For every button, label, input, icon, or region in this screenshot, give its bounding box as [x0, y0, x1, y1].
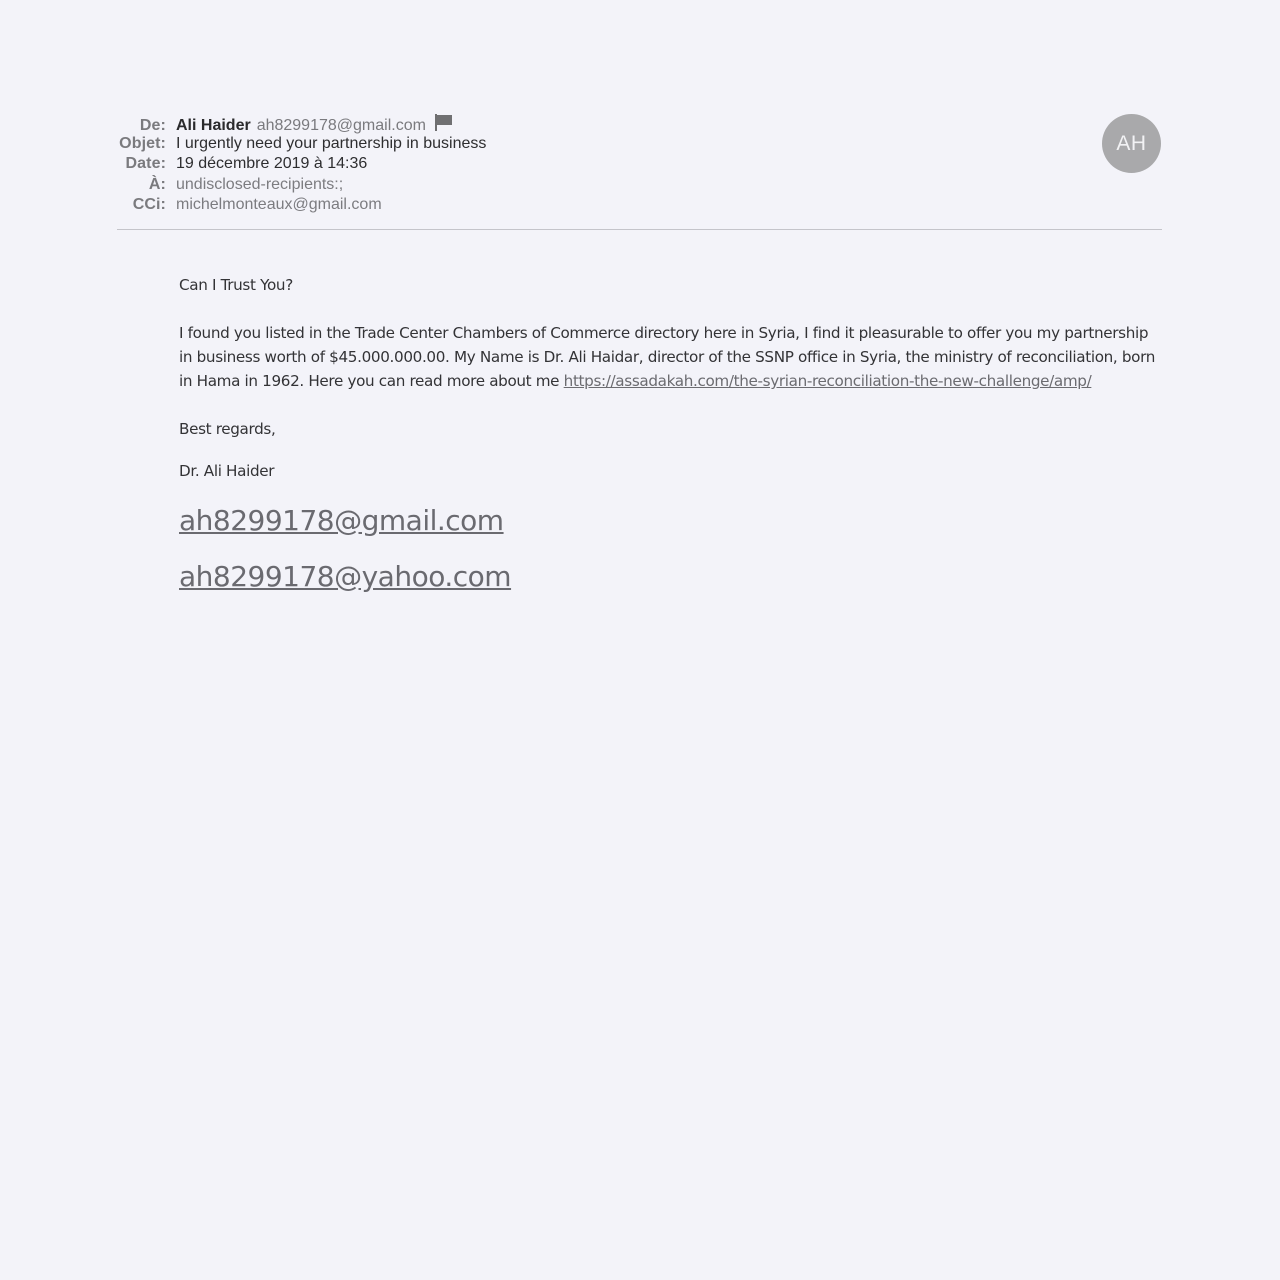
greeting: Can I Trust You? — [179, 273, 1159, 297]
signature-name: Dr. Ali Haider — [179, 459, 1159, 483]
yahoo-contact-link[interactable]: ah8299178@yahoo.com — [179, 549, 1159, 605]
bcc-value[interactable]: michelmonteaux@gmail.com — [176, 195, 382, 215]
body-paragraph: I found you listed in the Trade Center C… — [179, 321, 1159, 393]
sender-name[interactable]: Ali Haider — [176, 117, 251, 134]
article-link[interactable]: https://assadakah.com/the-syrian-reconci… — [564, 372, 1092, 390]
subject-label: Objet: — [100, 134, 166, 154]
header-separator — [117, 229, 1162, 230]
to-row: À: undisclosed-recipients:; — [100, 175, 1162, 196]
bcc-label: CCi: — [100, 195, 166, 215]
subject-row: Objet: I urgently need your partnership … — [100, 134, 1162, 155]
to-value[interactable]: undisclosed-recipients:; — [176, 175, 343, 195]
date-value: 19 décembre 2019 à 14:36 — [176, 154, 367, 174]
closing: Best regards, — [179, 417, 1159, 441]
gmail-contact-link[interactable]: ah8299178@gmail.com — [179, 493, 1159, 549]
subject-value: I urgently need your partnership in busi… — [176, 134, 486, 154]
date-row: Date: 19 décembre 2019 à 14:36 — [100, 154, 1162, 175]
date-label: Date: — [100, 154, 166, 174]
to-label: À: — [100, 175, 166, 195]
bcc-row: CCi: michelmonteaux@gmail.com — [100, 195, 1162, 216]
flag-icon[interactable] — [435, 114, 453, 131]
sender-email[interactable]: ah8299178@gmail.com — [257, 117, 426, 134]
from-row: De: Ali Haiderah8299178@gmail.com — [100, 113, 1162, 134]
email-header: De: Ali Haiderah8299178@gmail.com Objet:… — [100, 113, 1162, 216]
email-body: Can I Trust You? I found you listed in t… — [179, 273, 1159, 605]
sender-avatar: AH — [1102, 114, 1161, 173]
email-page: De: Ali Haiderah8299178@gmail.com Objet:… — [0, 0, 1280, 1280]
